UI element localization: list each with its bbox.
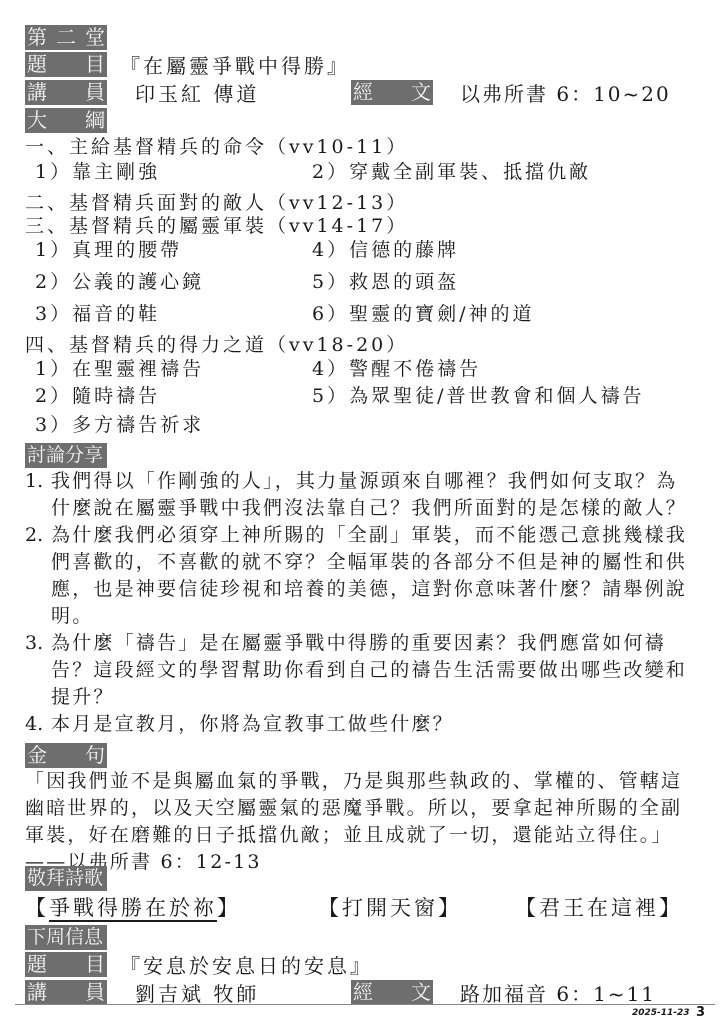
scripture-ref: 以弗所書 6：10~20 (460, 82, 671, 106)
title-label: 題 目 (25, 52, 107, 77)
question-text: 本月是宣教月，你將為宣教事工做些什麼？ (51, 711, 697, 738)
outline-item: 1）真理的腰帶 (35, 238, 182, 262)
discussion-question: 2. 為什麼我們必須穿上神所賜的「全副」軍裝，而不能憑己意挑幾樣我們喜歡的，不喜… (25, 522, 697, 630)
label-char: 題 (27, 952, 47, 977)
label-char: 講 (27, 80, 47, 105)
question-number: 2. (25, 522, 51, 630)
question-text: 為什麼「禱告」是在屬靈爭戰中得勝的重要因素？我們應當如何禱告？這段經文的學習幫助… (51, 630, 697, 711)
label-text: 討論分享 (27, 443, 103, 468)
scripture-label: 經 文 (351, 80, 433, 105)
label-char: 題 (27, 52, 47, 77)
label-char: 員 (85, 80, 105, 105)
speaker-label: 講 員 (25, 80, 107, 105)
label-char: 第 (27, 25, 47, 50)
next-week-label: 下周信息 (25, 925, 107, 950)
song-1: 【爭戰得勝在於祢】 (25, 896, 241, 920)
next-speaker-label: 講 員 (25, 980, 107, 1005)
label-text: 下周信息 (27, 925, 103, 950)
outline-item: 4）警醒不倦禱告 (312, 357, 481, 381)
footer-divider (15, 1004, 715, 1005)
sermon-title: 『在屬靈爭戰中得勝』 (120, 54, 350, 78)
question-number: 4. (25, 711, 51, 738)
label-char: 綱 (85, 108, 105, 133)
label-char: 文 (411, 980, 431, 1005)
outline-heading-1: 一、主給基督精兵的命令（vv10-11） (25, 135, 408, 159)
next-scripture-ref: 路加福音 6：1~11 (460, 982, 656, 1006)
discussion-list: 1. 我們得以「作剛強的人」，其力量源頭來自哪裡？我們如何支取？為什麼說在屬靈爭… (25, 468, 697, 738)
label-char: 講 (27, 980, 47, 1005)
next-scripture-label: 經 文 (351, 980, 433, 1005)
discussion-question: 3. 為什麼「禱告」是在屬靈爭戰中得勝的重要因素？我們應當如何禱告？這段經文的學… (25, 630, 697, 711)
question-number: 3. (25, 630, 51, 711)
label-char: 經 (353, 80, 373, 105)
page-number: 3 (696, 1005, 705, 1020)
outline-item: 2）公義的護心鏡 (35, 270, 204, 294)
label-char: 金 (27, 743, 47, 768)
speaker-name: 印玉紅 傳道 (135, 82, 259, 106)
label-char: 大 (27, 108, 47, 133)
outline-item: 2）隨時禱告 (35, 384, 160, 408)
song-3: 【君王在這裡】 (515, 896, 683, 920)
outline-item: 4）信德的藤牌 (312, 238, 459, 262)
question-text: 我們得以「作剛強的人」，其力量源頭來自哪裡？我們如何支取？為什麼說在屬靈爭戰中我… (51, 468, 697, 522)
outline-item: 1）在聖靈裡禱告 (35, 357, 204, 381)
next-sermon-title: 『安息於安息日的安息』 (120, 954, 373, 978)
question-number: 1. (25, 468, 51, 522)
label-text: 敬拜詩歌 (27, 866, 103, 891)
next-title-label: 題 目 (25, 952, 107, 977)
outline-heading-4: 四、基督精兵的得力之道（vv18-20） (25, 333, 408, 357)
label-char: 目 (85, 952, 105, 977)
question-text: 為什麼我們必須穿上神所賜的「全副」軍裝，而不能憑己意挑幾樣我們喜歡的，不喜歡的就… (51, 522, 697, 630)
song-2: 【打開天窗】 (318, 896, 462, 920)
label-char: 二 (56, 25, 76, 50)
discussion-question: 4. 本月是宣教月，你將為宣教事工做些什麼？ (25, 711, 697, 738)
worship-label: 敬拜詩歌 (25, 866, 107, 891)
golden-verse-label: 金 句 (25, 743, 107, 768)
outline-item: 5）為眾聖徒/普世教會和個人禱告 (312, 384, 645, 408)
outline-item: 1）靠主剛強 (35, 160, 160, 184)
outline-item: 2）穿戴全副軍裝、抵擋仇敵 (312, 160, 591, 184)
discussion-label: 討論分享 (25, 443, 107, 468)
outline-item: 3）福音的鞋 (35, 302, 160, 326)
label-char: 堂 (85, 25, 105, 50)
label-char: 目 (85, 52, 105, 77)
outline-item: 3）多方禱告祈求 (35, 413, 204, 437)
golden-verse-text: 「因我們並不是與屬血氣的爭戰，乃是與那些執政的、掌權的、管轄這幽暗世界的，以及天… (25, 768, 697, 876)
label-char: 員 (85, 980, 105, 1005)
discussion-question: 1. 我們得以「作剛強的人」，其力量源頭來自哪裡？我們如何支取？為什麼說在屬靈爭… (25, 468, 697, 522)
outline-label: 大 綱 (25, 108, 107, 133)
outline-item: 5）救恩的頭盔 (312, 270, 459, 294)
outline-item: 6）聖靈的寶劍/神的道 (312, 302, 535, 326)
song-1-title: 爭戰得勝在於祢 (49, 896, 217, 920)
footer-date: 2025-11-23 (632, 1008, 690, 1018)
session-label: 第 二 堂 (25, 25, 107, 50)
label-char: 句 (85, 743, 105, 768)
next-speaker-name: 劉吉斌 牧師 (135, 982, 259, 1006)
outline-heading-3: 三、基督精兵的屬靈軍裝（vv14-17） (25, 214, 408, 238)
label-char: 經 (353, 980, 373, 1005)
label-char: 文 (411, 80, 431, 105)
outline-heading-2: 二、基督精兵面對的敵人（vv12-13） (25, 191, 408, 215)
